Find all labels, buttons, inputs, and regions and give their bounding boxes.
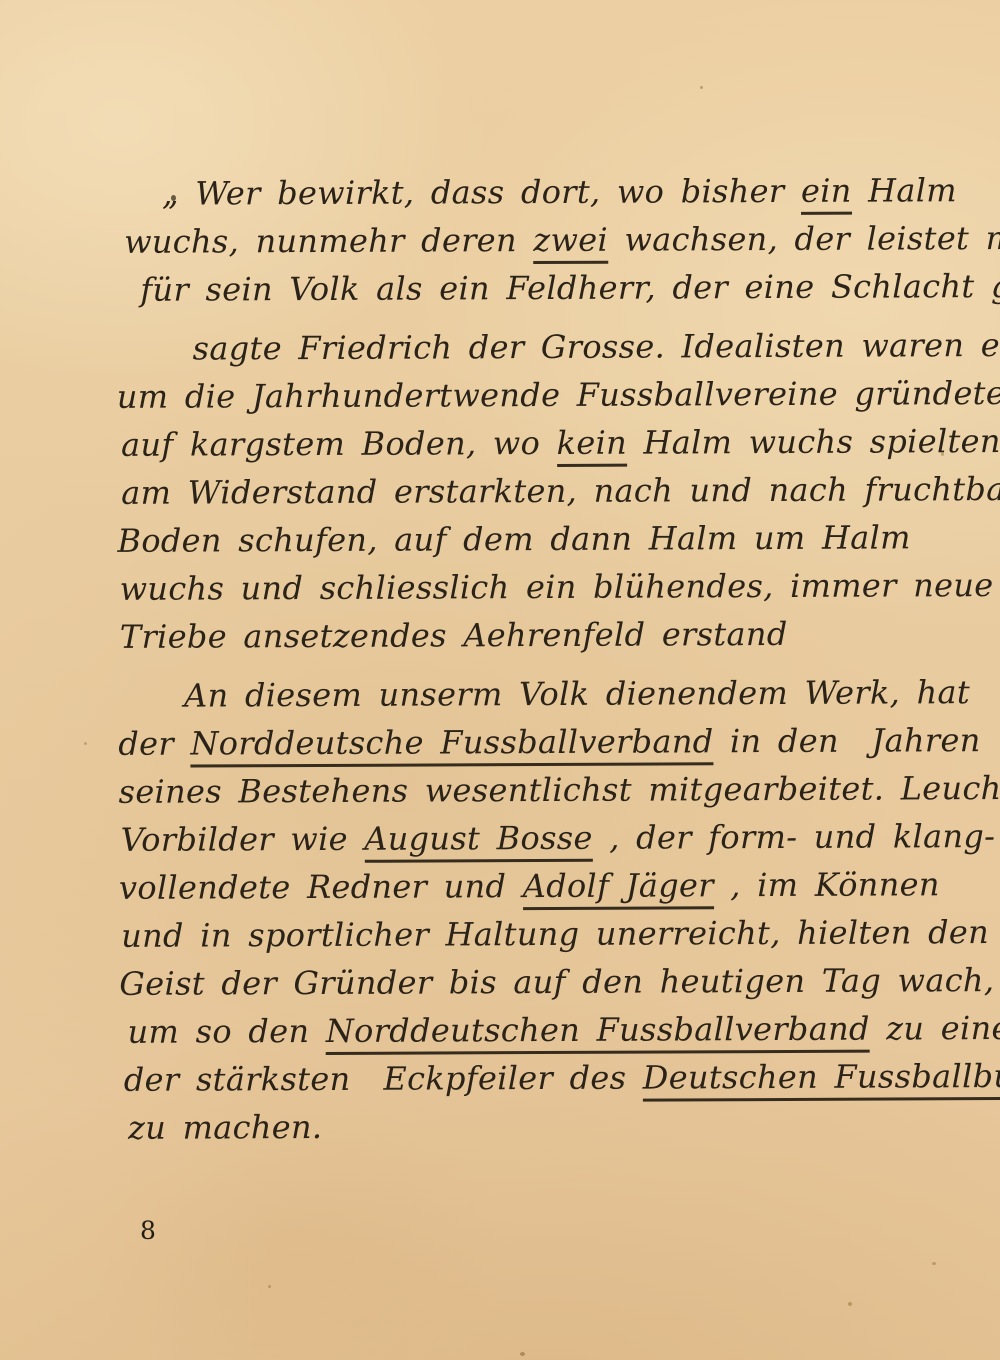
underlined-phrase: August Bosse xyxy=(364,819,593,863)
text-line: Triebe ansetzendes Aehrenfeld erstand xyxy=(118,609,978,661)
page-number: 8 xyxy=(140,1216,156,1245)
text-segment: in den Jahren xyxy=(713,721,980,760)
text-line: wuchs, nunmehr deren zwei wachsen, der l… xyxy=(116,214,976,266)
text-segment: , der form- und klang- xyxy=(593,817,996,857)
underlined-phrase: kein xyxy=(557,424,628,467)
text-segment: „ Wer bewirkt, dass dort, wo bisher xyxy=(162,172,801,213)
text-line: zu machen. xyxy=(120,1100,980,1152)
text-line: auf kargstem Boden, wo kein Halm wuchs s… xyxy=(117,417,977,469)
text-line: „ Wer bewirkt, dass dort, wo bisher ein … xyxy=(116,166,976,218)
underlined-phrase: ein xyxy=(801,172,852,215)
text-line: für sein Volk als ein Feldherr, der eine… xyxy=(116,262,976,314)
text-segment: zu machen. xyxy=(128,1108,322,1147)
text-line: sagte Friedrich der Grosse. Idealisten w… xyxy=(117,321,977,373)
underlined-phrase: Adolf Jäger xyxy=(523,866,714,910)
text-segment: der xyxy=(118,725,190,763)
text-segment: zu einem xyxy=(870,1009,1000,1048)
text-segment: auf kargstem Boden, wo xyxy=(121,424,557,464)
text-segment: wachsen, der leistet mehr xyxy=(608,219,1000,259)
underlined-phrase: zwei xyxy=(533,221,608,264)
paper-speck xyxy=(700,86,703,89)
underlined-phrase: Deutschen Fussballbundes xyxy=(643,1057,1000,1102)
paragraph: sagte Friedrich der Grosse. Idealisten w… xyxy=(117,321,978,661)
text-line: Geist der Gründer bis auf den heutigen T… xyxy=(119,956,979,1008)
text-line: seines Bestehens wesentlichst mitgearbei… xyxy=(118,764,978,816)
paper-speck xyxy=(520,1352,525,1356)
text-line: der stärksten Eckpfeiler des Deutschen F… xyxy=(120,1052,980,1104)
text-line: vollendete Redner und Adolf Jäger , im K… xyxy=(119,860,979,912)
text-line: Vorbilder wie August Bosse , der form- u… xyxy=(119,812,979,864)
paper-speck xyxy=(268,1285,271,1288)
text-segment: , im Können xyxy=(714,865,940,904)
text-segment: Halm xyxy=(852,171,957,209)
text-segment: um die Jahrhundertwende Fussballvereine … xyxy=(117,374,1000,416)
manuscript-page: „ Wer bewirkt, dass dort, wo bisher ein … xyxy=(0,0,1000,1360)
paper-speck xyxy=(171,195,176,201)
text-line: um die Jahrhundertwende Fussballvereine … xyxy=(117,369,977,421)
paper-speck xyxy=(84,742,87,745)
text-line: der Norddeutsche Fussballverband in den … xyxy=(118,716,978,768)
text-segment: Halm wuchs spielten, xyxy=(627,422,1000,462)
text-segment: seines Bestehens wesentlichst mitgearbei… xyxy=(118,769,1000,811)
text-line: An diesem unserm Volk dienendem Werk, ha… xyxy=(118,668,978,720)
text-segment: für sein Volk als ein Feldherr, der eine… xyxy=(140,266,1000,308)
text-segment: Triebe ansetzendes Aehrenfeld erstand xyxy=(120,615,788,656)
text-segment: An diesem unserm Volk dienendem Werk, ha… xyxy=(184,673,970,714)
text-segment: Boden schufen, auf dem dann Halm um Halm xyxy=(117,518,910,559)
underlined-phrase: Norddeutschen Fussballverband xyxy=(326,1010,870,1055)
text-line: am Widerstand erstarkten, nach und nach … xyxy=(117,465,977,517)
paragraph: „ Wer bewirkt, dass dort, wo bisher ein … xyxy=(116,166,977,314)
paper-speck xyxy=(848,1302,852,1306)
text-segment: am Widerstand erstarkten, nach und nach … xyxy=(121,470,1000,512)
text-segment: wuchs und schliesslich ein blühendes, im… xyxy=(120,566,994,608)
text-segment: vollendete Redner und xyxy=(119,867,523,907)
text-segment: sagte Friedrich der Grosse. Idealisten w… xyxy=(193,326,1000,368)
paragraph: An diesem unserm Volk dienendem Werk, ha… xyxy=(118,668,980,1152)
text-segment: Vorbilder wie xyxy=(121,820,365,859)
text-segment: und in sportlicher Haltung unerreicht, h… xyxy=(121,913,989,955)
text-line: wuchs und schliesslich ein blühendes, im… xyxy=(118,561,978,613)
text-line: um so den Norddeutschen Fussballverband … xyxy=(119,1004,979,1056)
text-segment: wuchs, nunmehr deren xyxy=(124,221,533,261)
paper-speck xyxy=(941,452,944,456)
text-line: und in sportlicher Haltung unerreicht, h… xyxy=(119,908,979,960)
text-segment: Geist der Gründer bis auf den heutigen T… xyxy=(119,961,994,1003)
text-segment: der stärksten Eckpfeiler des xyxy=(124,1059,643,1099)
handwritten-text: „ Wer bewirkt, dass dort, wo bisher ein … xyxy=(116,166,980,1163)
underlined-phrase: Norddeutsche Fussballverband xyxy=(190,722,713,767)
text-segment: um so den xyxy=(128,1012,326,1051)
paper-speck xyxy=(932,1262,936,1265)
text-line: Boden schufen, auf dem dann Halm um Halm xyxy=(117,513,977,565)
